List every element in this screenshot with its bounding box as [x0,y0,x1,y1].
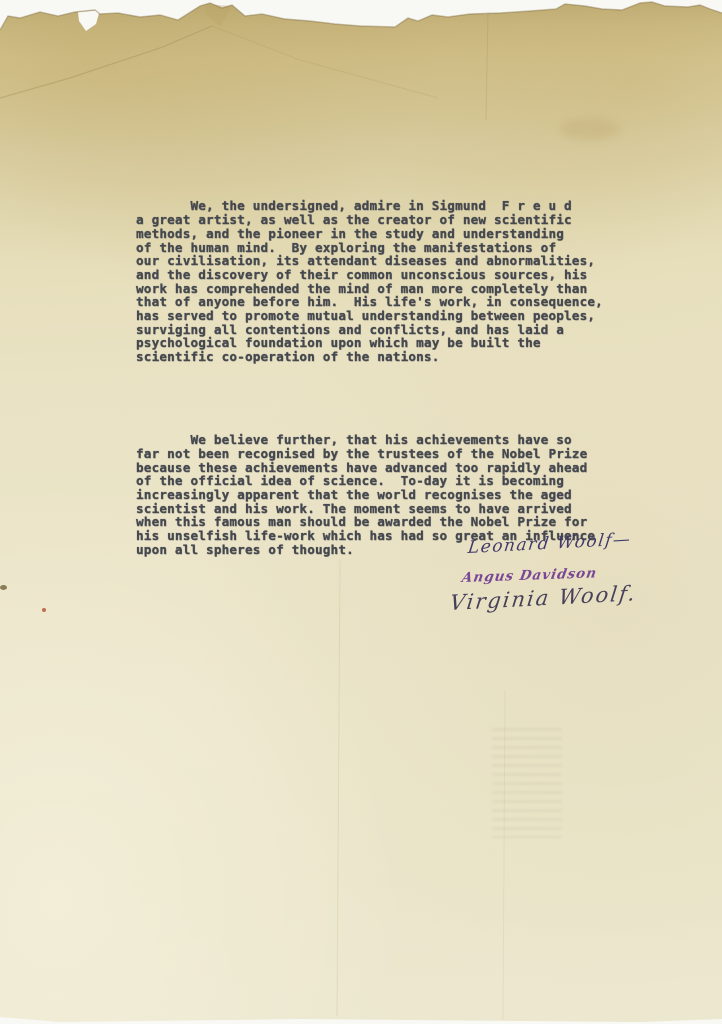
signature-flourish: — [612,529,631,550]
stain [560,118,620,140]
paragraph-freud-admiration: We, the undersigned, admire in Sigmund F… [136,199,622,363]
ink-speck [0,585,7,590]
red-speck [42,608,46,612]
typewritten-text: We, the undersigned, admire in Sigmund F… [136,172,622,584]
scan-background: We, the undersigned, admire in Sigmund F… [0,0,722,1024]
ink-ghosting [492,728,562,838]
